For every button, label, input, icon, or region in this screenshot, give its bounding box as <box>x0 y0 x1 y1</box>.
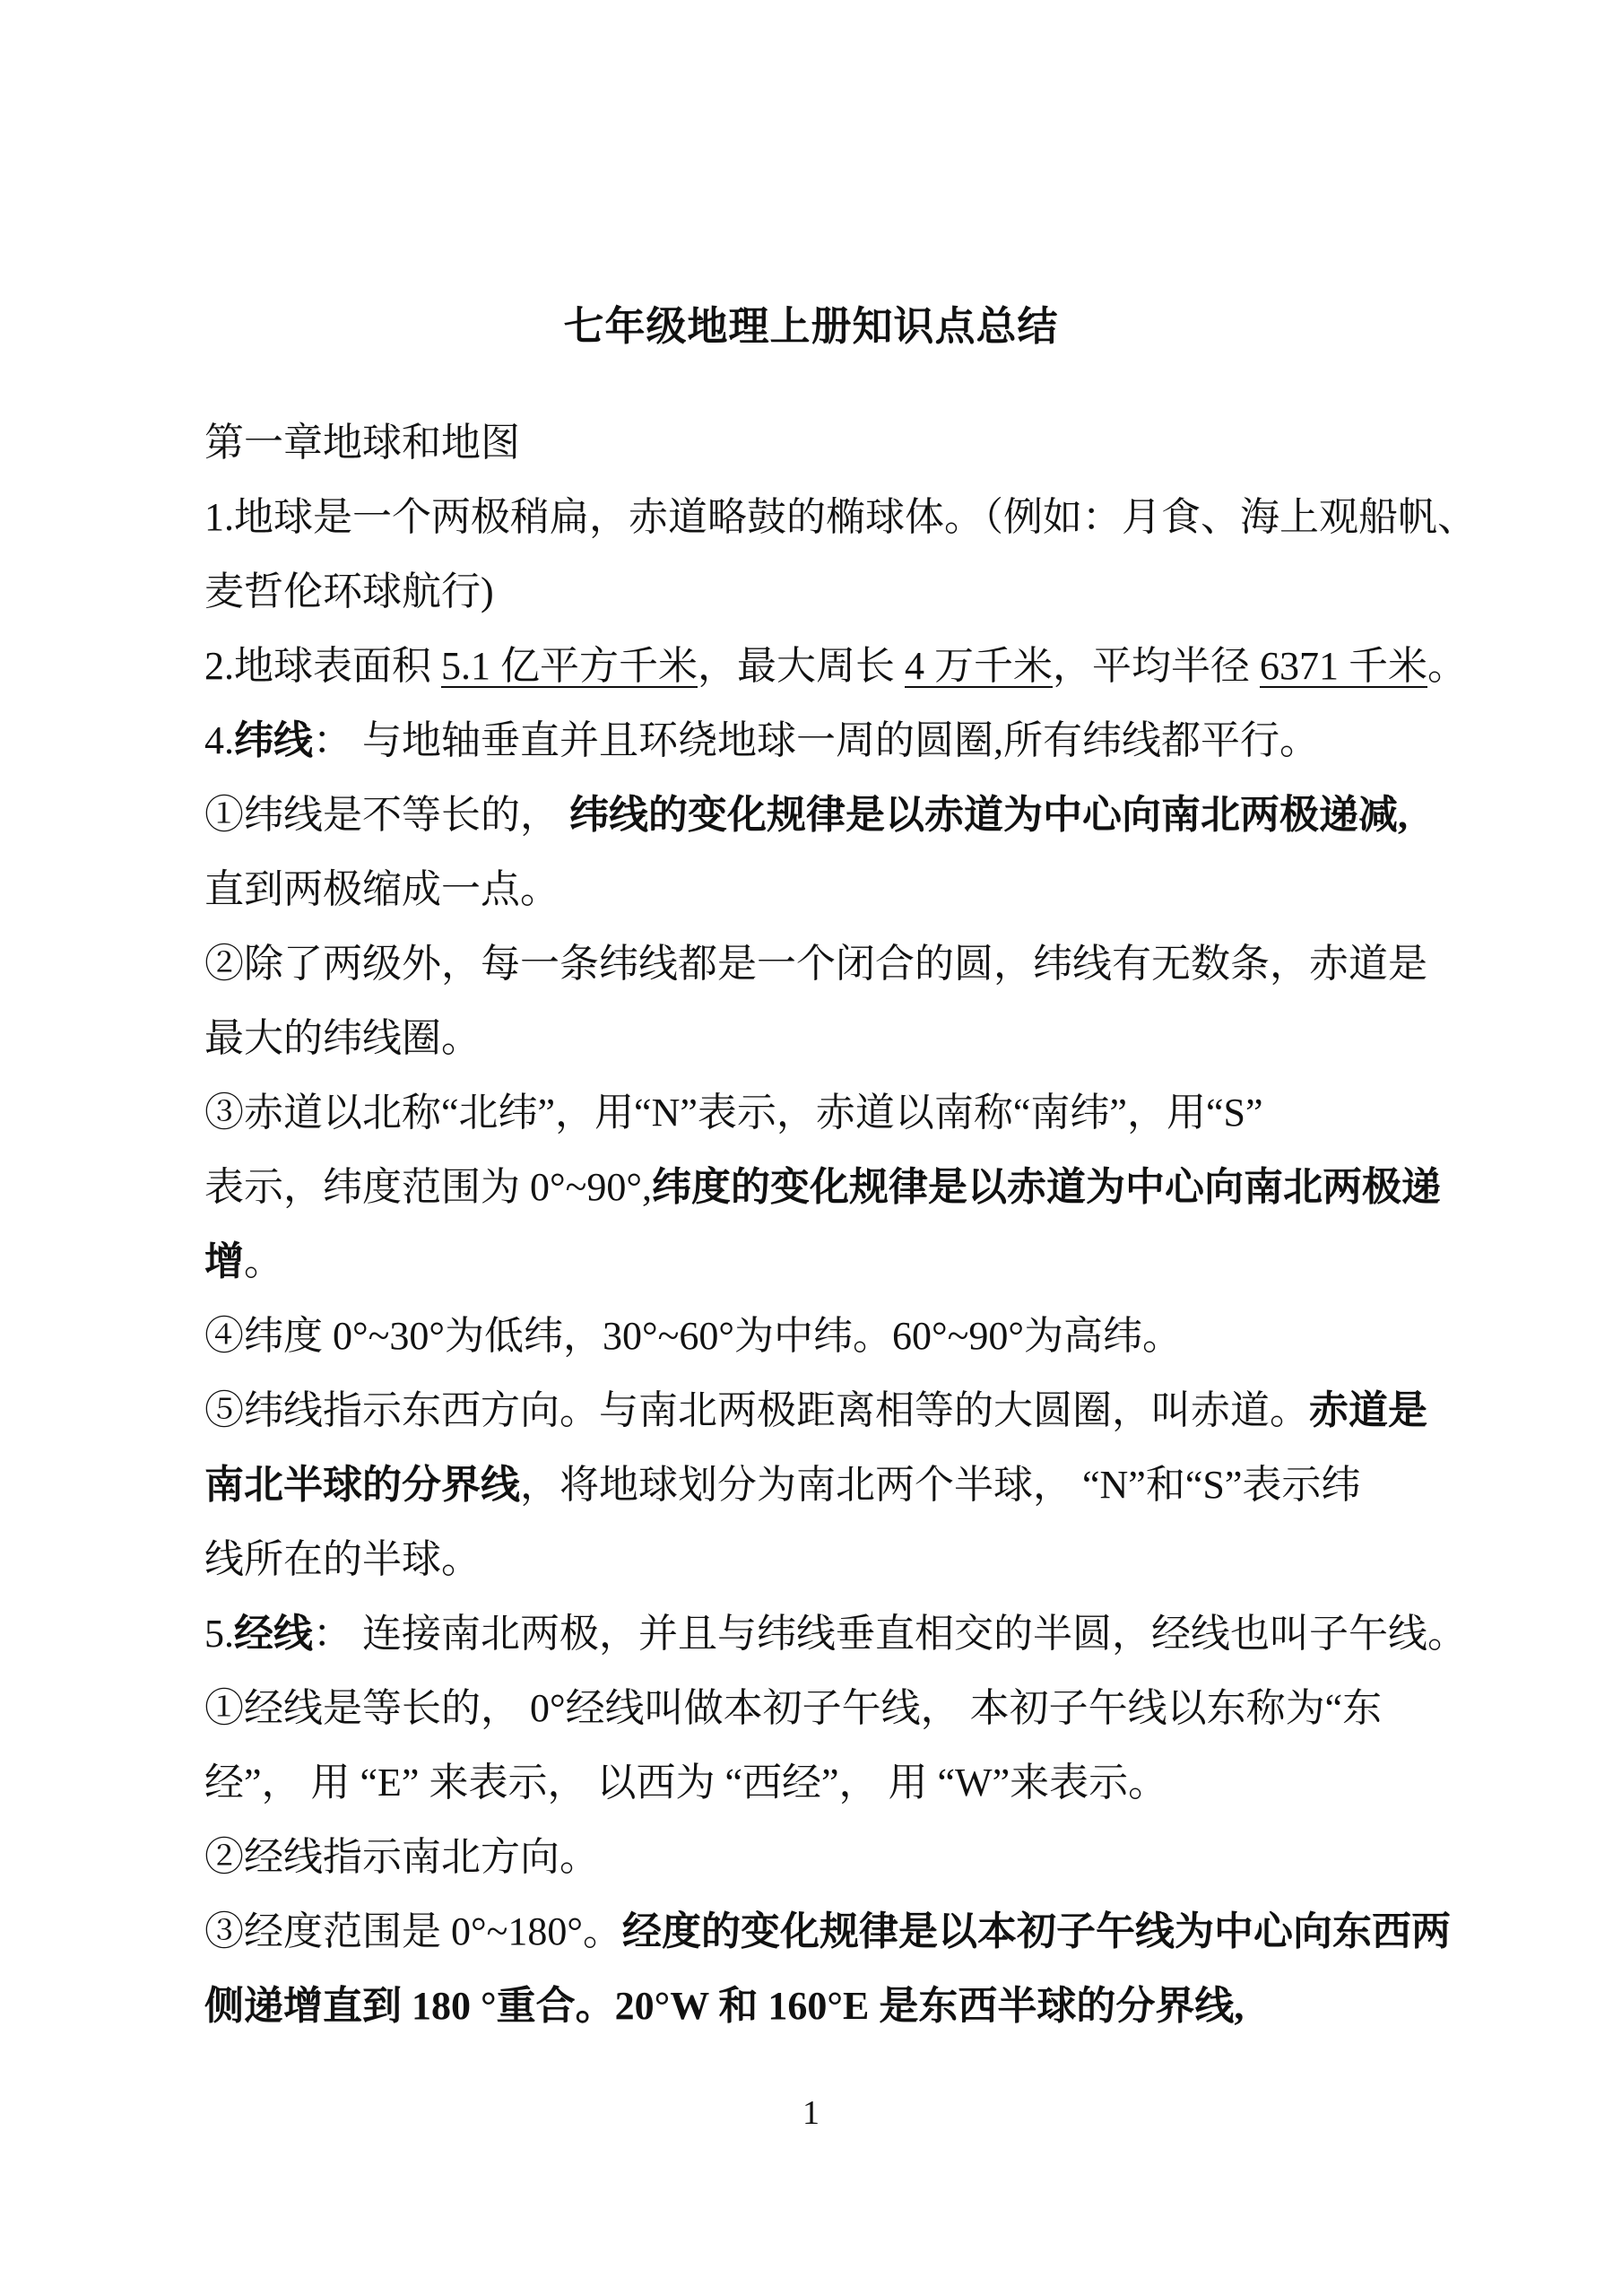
document-title: 七年级地理上册知识点总结 <box>0 301 1622 352</box>
text-segment: ⑤纬线指示东西方向。与南北两极距离相等的大圆圈，叫赤道。 <box>204 1388 1309 1432</box>
text-segment: 4. <box>204 718 234 762</box>
text-segment: 南北半球的分界线 <box>204 1463 520 1507</box>
text-segment: 第一章地球和地图 <box>204 421 520 465</box>
text-line: 第一章地球和地图 <box>204 405 1424 480</box>
text-segment: 直到两极缩成一点。 <box>204 867 559 911</box>
text-line: 增。 <box>204 1224 1424 1299</box>
document-body: 第一章地球和地图1.地球是一个两极稍扁，赤道略鼓的椭球体。（例如：月食、海上观船… <box>204 405 1424 2043</box>
text-line: 线所在的半球。 <box>204 1522 1424 1596</box>
text-line: 经”， 用 “E” 来表示， 以西为 “西经”， 用 “W”来表示。 <box>204 1745 1424 1820</box>
page-number: 1 <box>0 2092 1622 2135</box>
text-segment: 6371 千米 <box>1260 644 1427 688</box>
text-line: 侧递增直到 180 °重合。20°W 和 160°E 是东西半球的分界线, <box>204 1969 1424 2043</box>
text-line: ②除了两级外，每一条纬线都是一个闭合的圆，纬线有无数条，赤道是 <box>204 926 1424 1001</box>
text-line: 表示，纬度范围为 0°~90°,纬度的变化规律是以赤道为中心向南北两极递 <box>204 1150 1424 1224</box>
text-segment: ③赤道以北称“北纬”，用“N”表示，赤道以南称“南纬”，用“S” <box>204 1091 1262 1135</box>
text-segment: 5.1 亿平方千米 <box>441 644 698 688</box>
text-segment: 4 万千米 <box>905 644 1053 688</box>
text-segment: 最大的纬线圈。 <box>204 1016 481 1060</box>
text-segment: 纬度的变化规律是以赤道为中心向南北两极递 <box>652 1165 1441 1209</box>
text-line: 麦哲伦环球航行) <box>204 554 1424 629</box>
text-segment: ，最大周长 <box>698 644 905 688</box>
document-page: 七年级地理上册知识点总结 第一章地球和地图1.地球是一个两极稍扁，赤道略鼓的椭球… <box>0 0 1622 2296</box>
text-segment: 经度的变化规律是以本初子午线为中心向东西两 <box>622 1909 1451 1953</box>
text-segment: 纬线 <box>234 718 313 762</box>
text-line: 最大的纬线圈。 <box>204 1001 1424 1075</box>
text-segment: ①纬线是不等长的， <box>204 793 569 837</box>
text-line: ③赤道以北称“北纬”，用“N”表示，赤道以南称“南纬”，用“S” <box>204 1075 1424 1150</box>
text-line: 2.地球表面积 5.1 亿平方千米，最大周长 4 万千米，平均半径 6371 千… <box>204 629 1424 703</box>
text-segment: ，平均半径 <box>1053 644 1260 688</box>
text-segment: 麦哲伦环球航行) <box>204 570 494 613</box>
text-segment: ②经线指示南北方向。 <box>204 1835 599 1879</box>
text-segment: 纬线的变化规律是以赤道为中心向南北两极递减, <box>569 793 1408 837</box>
text-segment: 增 <box>204 1239 244 1283</box>
text-line: ③经度范围是 0°~180°。经度的变化规律是以本初子午线为中心向东西两 <box>204 1894 1424 1969</box>
text-segment: 侧递增直到 180 °重合。20°W 和 160°E 是东西半球的分界线, <box>204 1984 1244 2028</box>
text-line: ④纬度 0°~30°为低纬，30°~60°为中纬。60°~90°为高纬。 <box>204 1299 1424 1373</box>
text-segment: 表示，纬度范围为 0°~90°, <box>204 1165 652 1209</box>
text-segment: ，将地球划分为南北两个半球， “N”和“S”表示纬 <box>520 1463 1360 1507</box>
text-segment: 。 <box>1427 644 1467 688</box>
text-segment: 1.地球是一个两极稍扁，赤道略鼓的椭球体。（例如：月食、海上观船帆、 <box>204 495 1477 539</box>
text-line: ②经线指示南北方向。 <box>204 1820 1424 1894</box>
text-line: ⑤纬线指示东西方向。与南北两极距离相等的大圆圈，叫赤道。赤道是 <box>204 1373 1424 1448</box>
text-segment: ： 与地轴垂直并且环绕地球一周的圆圈,所有纬线都平行。 <box>313 718 1319 762</box>
text-segment: ③经度范围是 0°~180°。 <box>204 1909 622 1953</box>
text-segment: 赤道是 <box>1309 1388 1427 1432</box>
text-segment: 经”， 用 “E” 来表示， 以西为 “西经”， 用 “W”来表示。 <box>204 1761 1167 1805</box>
text-segment: ②除了两级外，每一条纬线都是一个闭合的圆，纬线有无数条，赤道是 <box>204 942 1427 986</box>
text-line: 南北半球的分界线，将地球划分为南北两个半球， “N”和“S”表示纬 <box>204 1448 1424 1522</box>
text-segment: 经线 <box>234 1612 313 1656</box>
text-segment: ④纬度 0°~30°为低纬，30°~60°为中纬。60°~90°为高纬。 <box>204 1314 1182 1358</box>
text-segment: 。 <box>244 1239 283 1283</box>
text-segment: ： 连接南北两极，并且与纬线垂直相交的半圆，经线也叫子午线。 <box>313 1612 1467 1656</box>
text-line: 直到两极缩成一点。 <box>204 852 1424 926</box>
text-line: ①纬线是不等长的， 纬线的变化规律是以赤道为中心向南北两极递减, <box>204 778 1424 852</box>
text-segment: ①经线是等长的， 0°经线叫做本初子午线， 本初子午线以东称为“东 <box>204 1686 1382 1730</box>
text-segment: 5. <box>204 1612 234 1656</box>
text-line: ①经线是等长的， 0°经线叫做本初子午线， 本初子午线以东称为“东 <box>204 1671 1424 1745</box>
text-segment: 2.地球表面积 <box>204 644 441 688</box>
text-line: 4.纬线： 与地轴垂直并且环绕地球一周的圆圈,所有纬线都平行。 <box>204 703 1424 778</box>
text-line: 5.经线： 连接南北两极，并且与纬线垂直相交的半圆，经线也叫子午线。 <box>204 1596 1424 1671</box>
text-segment: 线所在的半球。 <box>204 1537 481 1581</box>
text-line: 1.地球是一个两极稍扁，赤道略鼓的椭球体。（例如：月食、海上观船帆、 <box>204 480 1424 554</box>
